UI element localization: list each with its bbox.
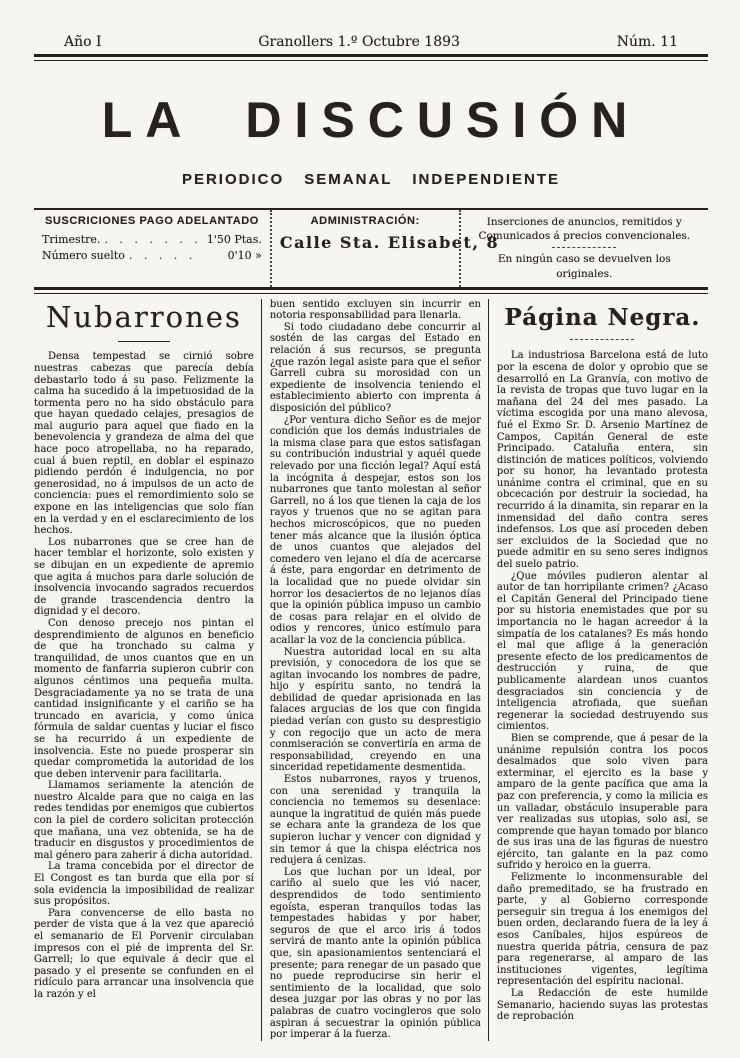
- subscription-price: 1'50 Ptas.: [207, 232, 262, 248]
- article-title-nubarrones: Nubarrones: [34, 301, 254, 335]
- article-paragraph: La Redacción de este humilde Semanario, …: [497, 988, 708, 1023]
- infobar: SUSCRICIONES PAGO ADELANTADO Trimestre. …: [34, 208, 708, 287]
- squiggle-divider: [552, 247, 616, 248]
- article-paragraph: Si todo ciudadano debe concurrir al sost…: [270, 322, 481, 415]
- subscription-price: 0'10 »: [228, 248, 262, 264]
- article-paragraph: Con denoso precejo nos pintan el despren…: [34, 618, 254, 780]
- administration-address: Calle Sta. Elisabet, 8: [280, 233, 451, 252]
- heading-rule: [118, 341, 170, 342]
- subscription-label: Trimestre.: [42, 232, 100, 248]
- article-paragraph: buen sentido excluyen sin incurrir en no…: [270, 299, 481, 322]
- dot-leader: . . . . . . .: [100, 232, 206, 248]
- column-pagina-negra: Página Negra. La industriosa Barcelona e…: [488, 299, 708, 1041]
- article-paragraph: Densa tempestad se cirnió sobre nuestras…: [34, 351, 254, 537]
- article-paragraph: Felizmente lo inconmensurable del daño p…: [497, 872, 708, 988]
- subscription-row-trimestre: Trimestre. . . . . . . . 1'50 Ptas.: [42, 232, 262, 248]
- dateline: Año I Granollers 1.º Octubre 1893 Núm. 1…: [34, 34, 708, 54]
- newspaper-page: Año I Granollers 1.º Octubre 1893 Núm. 1…: [0, 0, 740, 1058]
- infobar-wrap: SUSCRICIONES PAGO ADELANTADO Trimestre. …: [34, 208, 708, 294]
- column-nubarrones-continued: buen sentido excluyen sin incurrir en no…: [261, 299, 481, 1041]
- administration-title: ADMINISTRACIÓN:: [280, 215, 451, 227]
- dateline-year: Año I: [64, 34, 102, 50]
- article-paragraph: Bien se comprende, que á pesar de la uná…: [497, 733, 708, 872]
- masthead: LA DISCUSIÓN PERIODICO SEMANAL INDEPENDI…: [34, 91, 708, 188]
- article-paragraph: Nuestra autoridad local en su alta previ…: [270, 647, 481, 775]
- article-paragraph: La trama concebida por el director de El…: [34, 861, 254, 907]
- article-paragraph: Los que luchan por un ideal, por cariño …: [270, 867, 481, 1041]
- notice-originales: En ningún caso se devuelven los original…: [469, 252, 700, 280]
- article-paragraph: Estos nubarrones, rayos y truenos, con u…: [270, 774, 481, 867]
- notices-box: Inserciones de anuncios, remitidos y Com…: [459, 210, 708, 287]
- squiggle-divider: [570, 339, 634, 340]
- article-paragraph: ¿Que móviles pudieron alentar al autor d…: [497, 571, 708, 733]
- subscription-row-numero-suelto: Número suelto . . . . . 0'10 »: [42, 248, 262, 264]
- article-title-pagina-negra: Página Negra.: [497, 305, 708, 332]
- article-paragraph: ¿Por ventura dicho Señor es de mejor con…: [270, 415, 481, 647]
- subscription-label: Número suelto: [42, 248, 125, 264]
- infobar-bottom-rule: [34, 287, 708, 294]
- article-columns: Nubarrones Densa tempestad se cirnió sob…: [34, 299, 708, 1041]
- column-nubarrones: Nubarrones Densa tempestad se cirnió sob…: [34, 299, 254, 1041]
- dateline-date: Granollers 1.º Octubre 1893: [258, 34, 460, 50]
- article-paragraph: Los nubarrones que se cree han de hacer …: [34, 537, 254, 618]
- subscriptions-title: SUSCRICIONES PAGO ADELANTADO: [42, 215, 262, 227]
- article-paragraph: Para convencerse de ello basta no perder…: [34, 908, 254, 1001]
- article-paragraph: Llamamos seriamente la atención de nuest…: [34, 780, 254, 861]
- article-paragraph: La industriosa Barcelona está de luto po…: [497, 350, 708, 570]
- newspaper-subtitle: PERIODICO SEMANAL INDEPENDIENTE: [34, 171, 708, 188]
- subscriptions-box: SUSCRICIONES PAGO ADELANTADO Trimestre. …: [34, 210, 270, 287]
- dateline-number: Núm. 11: [617, 34, 678, 50]
- administration-box: ADMINISTRACIÓN: Calle Sta. Elisabet, 8: [270, 210, 459, 287]
- header-double-rule: [34, 54, 708, 61]
- notice-inserciones: Inserciones de anuncios, remitidos y Com…: [469, 215, 700, 243]
- dot-leader: . . . . .: [125, 248, 228, 264]
- newspaper-title: LA DISCUSIÓN: [34, 91, 708, 149]
